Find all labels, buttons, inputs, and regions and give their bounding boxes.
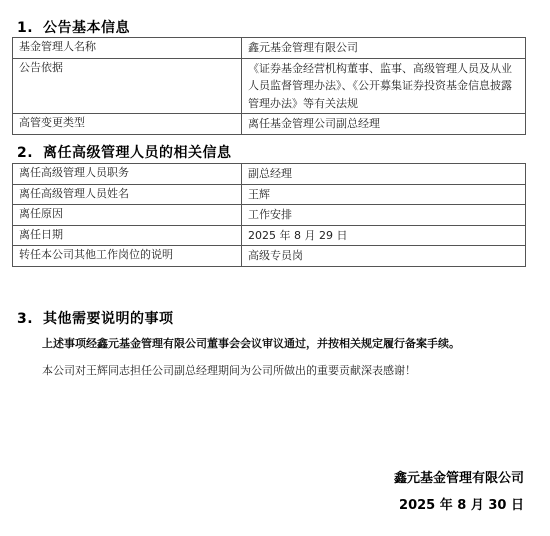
row-label: 离任原因 [13,205,242,226]
row-value: 副总经理 [242,164,526,185]
section-2-number: 2. [17,145,43,161]
row-value: 王辉 [242,184,526,205]
row-value: 工作安排 [242,205,526,226]
table-row: 公告依据 《证券基金经营机构董事、监事、高级管理人员及从业人员监督管理办法》、《… [13,58,526,114]
table-row: 离任高级管理人员职务 副总经理 [13,164,526,185]
row-label: 公告依据 [13,58,242,114]
table-row: 离任日期 2025 年 8 月 29 日 [13,225,526,246]
row-value: 高级专员岗 [242,246,526,267]
row-label: 离任高级管理人员职务 [13,164,242,185]
section-3-number: 3. [17,311,43,327]
table-row: 基金管理人名称 鑫元基金管理有限公司 [13,38,526,59]
signature-company: 鑫元基金管理有限公司 [394,467,524,486]
row-value: 离任基金管理公司副总经理 [242,114,526,135]
basic-info-table: 基金管理人名称 鑫元基金管理有限公司 公告依据 《证券基金经营机构董事、监事、高… [12,37,526,135]
paragraph-approval: 上述事项经鑫元基金管理有限公司董事会会议审议通过，并按相关规定履行备案手续。 [42,335,460,351]
table-row: 转任本公司其他工作岗位的说明 高级专员岗 [13,246,526,267]
table-row: 高管变更类型 离任基金管理公司副总经理 [13,114,526,135]
section-3-title: 其他需要说明的事项 [43,311,174,327]
row-value: 《证券基金经营机构董事、监事、高级管理人员及从业人员监督管理办法》、《公开募集证… [242,58,526,114]
row-label: 离任日期 [13,225,242,246]
row-label: 转任本公司其他工作岗位的说明 [13,246,242,267]
section-3-heading: 3.其他需要说明的事项 [17,308,174,328]
row-value: 2025 年 8 月 29 日 [242,225,526,246]
section-1-heading: 1.公告基本信息 [17,17,130,37]
table-row: 离任高级管理人员姓名 王辉 [13,184,526,205]
row-label: 高管变更类型 [13,114,242,135]
departing-executive-table: 离任高级管理人员职务 副总经理 离任高级管理人员姓名 王辉 离任原因 工作安排 … [12,163,526,267]
section-2-heading: 2.离任高级管理人员的相关信息 [17,142,232,162]
signature-date: 2025 年 8 月 30 日 [399,494,524,513]
row-label: 离任高级管理人员姓名 [13,184,242,205]
section-2-title: 离任高级管理人员的相关信息 [43,145,232,161]
section-1-number: 1. [17,20,43,36]
paragraph-thanks: 本公司对王辉同志担任公司副总经理期间为公司所做出的重要贡献深表感谢！ [42,362,416,378]
section-1-title: 公告基本信息 [43,20,130,36]
row-value: 鑫元基金管理有限公司 [242,38,526,59]
table-row: 离任原因 工作安排 [13,205,526,226]
row-label: 基金管理人名称 [13,38,242,59]
